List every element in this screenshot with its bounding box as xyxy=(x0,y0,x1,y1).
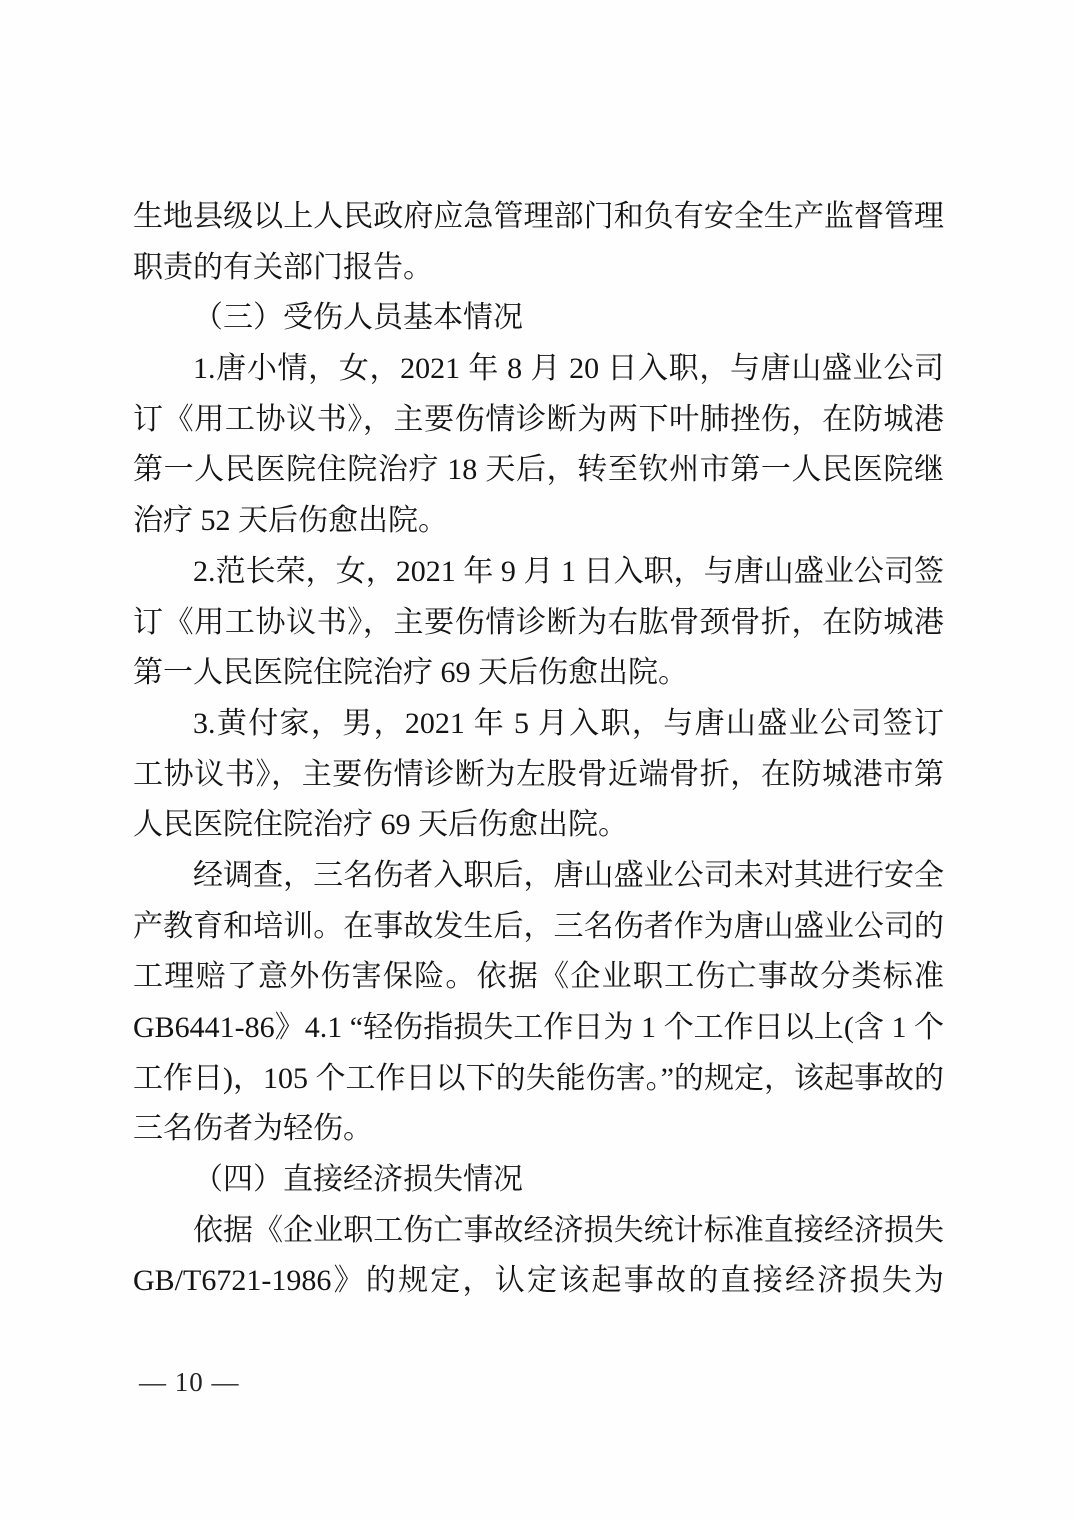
text-line: 第一人民医院住院治疗 69 天后伤愈出院。 xyxy=(133,648,944,699)
text-line: 人民医院住院治疗 69 天后伤愈出院。 xyxy=(133,800,944,851)
text-line: 工作日)，105 个工作日以下的失能伤害。”的规定，该起事故的 xyxy=(133,1054,944,1105)
text-line: 3.黄付家，男，2021 年 5 月入职，与唐山盛业公司签订《用 xyxy=(133,699,944,750)
section-heading: （三）受伤人员基本情况 xyxy=(133,293,944,344)
document-body: 生地县级以上人民政府应急管理部门和负有安全生产监督管理职责的有关部门报告。（三）… xyxy=(133,192,944,1307)
text-line: 职责的有关部门报告。 xyxy=(133,243,944,294)
text-line: 订《用工协议书》，主要伤情诊断为两下叶肺挫伤，在防城港市 xyxy=(133,395,944,446)
text-line: 三名伤者为轻伤。 xyxy=(133,1104,944,1155)
text-line: 依据《企业职工伤亡事故经济损失统计标准直接经济损失 xyxy=(133,1206,944,1257)
text-line: 经调查，三名伤者入职后，唐山盛业公司未对其进行安全生 xyxy=(133,851,944,902)
text-line: GB/T6721-1986》的规定，认定该起事故的直接经济损失为 62.88 xyxy=(133,1256,944,1307)
page-number: — 10 — xyxy=(139,1364,240,1400)
text-line: 产教育和培训。在事故发生后，三名伤者作为唐山盛业公司的员 xyxy=(133,902,944,953)
text-line: 工协议书》，主要伤情诊断为左股骨近端骨折，在防城港市第一 xyxy=(133,750,944,801)
text-line: GB6441-86》4.1 “轻伤指损失工作日为 1 个工作日以上(含 1 个 xyxy=(133,1003,944,1054)
text-line: 1.唐小情，女，2021 年 8 月 20 日入职，与唐山盛业公司签 xyxy=(133,344,944,395)
section-heading: （四）直接经济损失情况 xyxy=(133,1155,944,1206)
text-line: 生地县级以上人民政府应急管理部门和负有安全生产监督管理 xyxy=(133,192,944,243)
text-line: 工理赔了意外伤害保险。依据《企业职工伤亡事故分类标准 xyxy=(133,952,944,1003)
document-page: 生地县级以上人民政府应急管理部门和负有安全生产监督管理职责的有关部门报告。（三）… xyxy=(0,0,1074,1520)
text-line: 治疗 52 天后伤愈出院。 xyxy=(133,496,944,547)
text-line: 2.范长荣，女，2021 年 9 月 1 日入职，与唐山盛业公司签 xyxy=(133,547,944,598)
text-line: 订《用工协议书》，主要伤情诊断为右肱骨颈骨折，在防城港市 xyxy=(133,598,944,649)
text-line: 第一人民医院住院治疗 18 天后，转至钦州市第一人民医院继续 xyxy=(133,445,944,496)
